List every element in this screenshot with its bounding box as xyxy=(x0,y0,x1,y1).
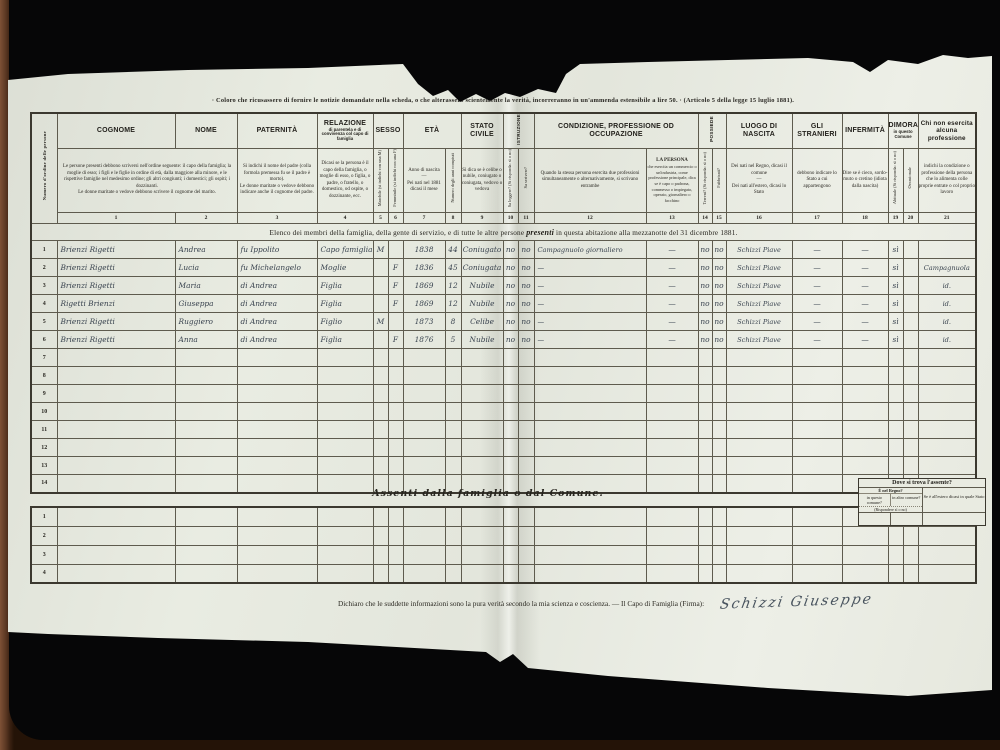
cell-dim_oc xyxy=(903,526,918,545)
cell-anno xyxy=(403,507,445,526)
cell-n: 9 xyxy=(31,385,57,403)
cell-stato: Nubile xyxy=(461,331,503,349)
cell-sesso_m xyxy=(373,349,388,367)
cell-anno xyxy=(403,385,445,403)
cell-n: 4 xyxy=(31,564,57,583)
possiede-terreni-head: Terreni? (Si risponda: sì o no) xyxy=(698,148,712,212)
cell-anno: 1876 xyxy=(403,331,445,349)
cell-sesso_m: M xyxy=(373,313,388,331)
cell-nome: Anna xyxy=(175,331,237,349)
cell-legge xyxy=(503,403,518,421)
cell-cognome xyxy=(57,349,175,367)
cell-n: 5 xyxy=(31,313,57,331)
cell-luogo xyxy=(726,367,792,385)
cell-infermita: — xyxy=(842,313,888,331)
cell-scrive xyxy=(518,564,534,583)
cell-fabbricati xyxy=(712,475,726,493)
cell-stranieri: — xyxy=(792,277,842,295)
cell-paternita: fu Ippolito xyxy=(237,241,317,259)
eta-anno-desc: Anno di nascita — Pei nati nel 1881 dica… xyxy=(403,148,445,212)
cell-n: 2 xyxy=(31,259,57,277)
cell-sesso_m xyxy=(373,507,388,526)
cell-chi xyxy=(918,367,976,385)
cell-stato xyxy=(461,367,503,385)
col-sesso-title: SESSO xyxy=(373,113,403,148)
cell-stranieri: — xyxy=(792,241,842,259)
possiede-fabbricati-head: Fabbricati? xyxy=(712,148,726,212)
cell-persona xyxy=(646,385,698,403)
cell-terreni xyxy=(698,564,712,583)
cell-cognome: Brienzi Rigetti xyxy=(57,277,175,295)
cell-paternita: di Andrea xyxy=(237,331,317,349)
table-row: 7 xyxy=(31,349,976,367)
cell-sesso_f xyxy=(388,385,403,403)
cell-legge xyxy=(503,564,518,583)
cell-infermita xyxy=(842,403,888,421)
cell-stranieri: — xyxy=(792,295,842,313)
infermita-desc: Dire se è cieco, sordo-muto o cretino (i… xyxy=(842,148,888,212)
cell-fabbricati xyxy=(712,564,726,583)
cell-professione xyxy=(534,526,646,545)
cell-nome xyxy=(175,507,237,526)
colnum-20: 20 xyxy=(903,213,918,224)
condizione-desc: Quando la stessa persona esercita due pr… xyxy=(534,148,646,212)
cell-nome: Andrea xyxy=(175,241,237,259)
cell-infermita: — xyxy=(842,295,888,313)
cell-chi xyxy=(918,439,976,457)
cell-nome xyxy=(175,439,237,457)
col-possiede-title: POSSIEDE xyxy=(698,113,726,148)
photo-background: { "page": { "warning": "· Coloro che ric… xyxy=(0,0,1000,750)
cell-anno: 1836 xyxy=(403,259,445,277)
cell-cognome xyxy=(57,545,175,564)
cell-anni xyxy=(445,403,461,421)
cell-stranieri: — xyxy=(792,331,842,349)
cell-anni xyxy=(445,385,461,403)
cell-dim_oc xyxy=(903,545,918,564)
cell-sesso_f xyxy=(388,564,403,583)
cell-relazione xyxy=(317,403,373,421)
cell-fabbricati xyxy=(712,545,726,564)
colnum-11: 11 xyxy=(518,213,534,224)
col-eta-title: ETÀ xyxy=(403,113,461,148)
cell-nome xyxy=(175,545,237,564)
cell-fabbricati xyxy=(712,403,726,421)
cell-paternita xyxy=(237,545,317,564)
cell-luogo: Schizzi Piave xyxy=(726,295,792,313)
cell-infermita: — xyxy=(842,277,888,295)
cell-professione xyxy=(534,564,646,583)
cell-anni: 12 xyxy=(445,277,461,295)
cell-stranieri xyxy=(792,349,842,367)
cell-dim_ab: sì xyxy=(888,331,903,349)
cell-fabbricati xyxy=(712,421,726,439)
cell-cognome xyxy=(57,385,175,403)
cell-dim_oc xyxy=(903,457,918,475)
cell-sesso_m: M xyxy=(373,241,388,259)
cell-legge xyxy=(503,349,518,367)
cell-stato xyxy=(461,439,503,457)
cell-nome: Lucia xyxy=(175,259,237,277)
table-row: 8 xyxy=(31,367,976,385)
cell-fabbricati: no xyxy=(712,241,726,259)
cell-anni xyxy=(445,421,461,439)
cell-anno xyxy=(403,439,445,457)
cell-anni: 8 xyxy=(445,313,461,331)
cell-persona xyxy=(646,457,698,475)
cell-scrive xyxy=(518,457,534,475)
cell-n: 11 xyxy=(31,421,57,439)
cell-legge xyxy=(503,385,518,403)
table-row: 5Brienzi RigettiRuggierodi AndreaFiglioM… xyxy=(31,313,976,331)
table-row: 6Brienzi RigettiAnnadi AndreaFigliaF1876… xyxy=(31,331,976,349)
declaration-text: Dichiaro che le suddette informazioni so… xyxy=(338,599,704,608)
cell-paternita xyxy=(237,367,317,385)
col-paternita-title: PATERNITÀ xyxy=(237,113,317,148)
cell-fabbricati: no xyxy=(712,259,726,277)
cell-dim_ab: sì xyxy=(888,259,903,277)
cell-stranieri xyxy=(792,475,842,493)
cell-sesso_f: F xyxy=(388,331,403,349)
cell-persona xyxy=(646,367,698,385)
cell-luogo: Schizzi Piave xyxy=(726,277,792,295)
table-row: 2Brienzi RigettiLuciafu MichelangeloMogl… xyxy=(31,259,976,277)
cell-professione: — xyxy=(534,295,646,313)
cell-anni xyxy=(445,507,461,526)
cell-relazione xyxy=(317,457,373,475)
cell-chi: id. xyxy=(918,277,976,295)
table-row: 2 xyxy=(31,526,976,545)
cell-terreni xyxy=(698,439,712,457)
cell-sesso_f xyxy=(388,403,403,421)
cell-luogo: Schizzi Piave xyxy=(726,241,792,259)
cell-n: 4 xyxy=(31,295,57,313)
cell-dim_ab xyxy=(888,367,903,385)
cell-terreni xyxy=(698,507,712,526)
questo-comune-question: in questo comune? xyxy=(859,494,891,506)
cell-luogo xyxy=(726,349,792,367)
cell-legge xyxy=(503,439,518,457)
absent-box-answer-cells xyxy=(859,512,985,525)
cell-terreni: no xyxy=(698,313,712,331)
cell-chi xyxy=(918,564,976,583)
cell-persona xyxy=(646,439,698,457)
cell-relazione xyxy=(317,564,373,583)
col-numero: Numero d'ordine delle persone xyxy=(31,113,57,224)
cell-fabbricati xyxy=(712,367,726,385)
colnum-6: 6 xyxy=(388,213,403,224)
cell-professione xyxy=(534,403,646,421)
cell-dim_ab: sì xyxy=(888,295,903,313)
table-row: 11 xyxy=(31,421,976,439)
cell-luogo xyxy=(726,564,792,583)
cell-scrive: no xyxy=(518,313,534,331)
cell-relazione xyxy=(317,349,373,367)
table-row: 13 xyxy=(31,457,976,475)
cell-terreni: no xyxy=(698,259,712,277)
cell-legge: no xyxy=(503,259,518,277)
cell-terreni xyxy=(698,475,712,493)
cell-sesso_f xyxy=(388,349,403,367)
cell-legge xyxy=(503,507,518,526)
cell-paternita: di Andrea xyxy=(237,313,317,331)
col-chi-title: Chi non esercita alcuna professione xyxy=(918,113,976,148)
cell-anno xyxy=(403,457,445,475)
cell-anni xyxy=(445,526,461,545)
cell-persona: — xyxy=(646,277,698,295)
cell-stato xyxy=(461,545,503,564)
cell-anno: 1869 xyxy=(403,277,445,295)
col-nome-title: NOME xyxy=(175,113,237,148)
cell-fabbricati: no xyxy=(712,331,726,349)
cell-chi xyxy=(918,349,976,367)
colnum-16: 16 xyxy=(726,213,792,224)
dimora-occasionale-head: Occasionale xyxy=(903,148,918,212)
colnum-18: 18 xyxy=(842,213,888,224)
cell-chi: id. xyxy=(918,331,976,349)
cell-stato xyxy=(461,564,503,583)
cell-persona xyxy=(646,421,698,439)
cell-relazione: Figlia xyxy=(317,331,373,349)
cell-sesso_m xyxy=(373,564,388,583)
cell-relazione xyxy=(317,421,373,439)
cell-anni xyxy=(445,439,461,457)
cell-dim_ab xyxy=(888,385,903,403)
cell-luogo xyxy=(726,403,792,421)
cell-cognome xyxy=(57,475,175,493)
cell-scrive xyxy=(518,349,534,367)
cell-fabbricati xyxy=(712,349,726,367)
declaration-line: Dichiaro che le suddette informazioni so… xyxy=(338,594,978,610)
cell-stranieri xyxy=(792,385,842,403)
paternita-desc: Si indichi il nome del padre (colla form… xyxy=(237,148,317,212)
cell-scrive: no xyxy=(518,331,534,349)
cell-cognome xyxy=(57,367,175,385)
colnum-10: 10 xyxy=(503,213,518,224)
col-istruzione-title: ISTRUZIONE xyxy=(503,113,534,148)
cell-sesso_m xyxy=(373,277,388,295)
cell-stranieri xyxy=(792,457,842,475)
cell-anno xyxy=(403,349,445,367)
cell-anno xyxy=(403,367,445,385)
colnum-4: 4 xyxy=(317,213,373,224)
absent-persons-table: 1234 xyxy=(30,506,977,584)
table-row: 3 xyxy=(31,545,976,564)
cell-n: 13 xyxy=(31,457,57,475)
cell-luogo: Schizzi Piave xyxy=(726,259,792,277)
stranieri-desc: debbono indicare lo Stato a cui apparten… xyxy=(792,148,842,212)
cell-dim_ab xyxy=(888,403,903,421)
cell-cognome xyxy=(57,507,175,526)
cell-nome xyxy=(175,421,237,439)
cell-terreni: no xyxy=(698,241,712,259)
sesso-m-head: Maschile (si indichi con una M) xyxy=(373,148,388,212)
cell-luogo xyxy=(726,457,792,475)
colnum-17: 17 xyxy=(792,213,842,224)
cell-professione xyxy=(534,507,646,526)
cell-anno: 1873 xyxy=(403,313,445,331)
cell-paternita xyxy=(237,457,317,475)
chi-desc: indichi la condizione o professione dell… xyxy=(918,148,976,212)
cell-terreni xyxy=(698,403,712,421)
cell-chi: Campagnuola xyxy=(918,259,976,277)
cell-sesso_m xyxy=(373,331,388,349)
cell-relazione xyxy=(317,507,373,526)
cell-relazione xyxy=(317,439,373,457)
cell-professione xyxy=(534,367,646,385)
cell-stato: Coniugato xyxy=(461,241,503,259)
cell-stranieri xyxy=(792,439,842,457)
cell-scrive xyxy=(518,507,534,526)
cell-relazione: Figlia xyxy=(317,295,373,313)
cell-stranieri xyxy=(792,367,842,385)
legal-warning: · Coloro che ricusassero di fornire le n… xyxy=(38,97,968,104)
cell-persona: — xyxy=(646,331,698,349)
cell-persona: — xyxy=(646,259,698,277)
col-luogo-title: LUOGO DI NASCITA xyxy=(726,113,792,148)
cell-dim_ab: sì xyxy=(888,277,903,295)
cell-stranieri xyxy=(792,545,842,564)
cell-professione: — xyxy=(534,331,646,349)
cell-dim_ab xyxy=(888,421,903,439)
cell-infermita xyxy=(842,367,888,385)
cell-fabbricati xyxy=(712,507,726,526)
cell-paternita xyxy=(237,403,317,421)
cell-relazione xyxy=(317,385,373,403)
cell-legge: no xyxy=(503,313,518,331)
cell-chi xyxy=(918,241,976,259)
cell-dim_oc xyxy=(903,313,918,331)
cell-professione xyxy=(534,385,646,403)
table-row: 3Brienzi RigettiMariadi AndreaFigliaF186… xyxy=(31,277,976,295)
present-persons-rows: 1Brienzi RigettiAndreafu IppolitoCapo fa… xyxy=(31,241,976,493)
cell-nome xyxy=(175,475,237,493)
cell-cognome: Brienzi Rigetti xyxy=(57,241,175,259)
cell-luogo xyxy=(726,507,792,526)
cell-sesso_f: F xyxy=(388,259,403,277)
cell-sesso_f xyxy=(388,545,403,564)
cell-legge: no xyxy=(503,277,518,295)
cell-dim_ab xyxy=(888,349,903,367)
cell-legge xyxy=(503,421,518,439)
absent-location-box: Dove si trova l'assente? È nel Regno? in… xyxy=(858,478,986,526)
cell-infermita: — xyxy=(842,259,888,277)
cell-infermita xyxy=(842,439,888,457)
cell-terreni: no xyxy=(698,295,712,313)
cell-persona xyxy=(646,526,698,545)
col-stranieri-title: GLI STRANIERI xyxy=(792,113,842,148)
cell-scrive: no xyxy=(518,295,534,313)
absent-persons-rows: 1234 xyxy=(31,507,976,583)
cell-n: 2 xyxy=(31,526,57,545)
cell-relazione xyxy=(317,526,373,545)
cell-terreni xyxy=(698,349,712,367)
census-table: Numero d'ordine delle persone COGNOME NO… xyxy=(30,112,977,494)
cell-chi xyxy=(918,385,976,403)
persona-desc: LA PERSONAche esercita un commercio o un… xyxy=(646,148,698,212)
cell-sesso_m xyxy=(373,295,388,313)
cell-scrive xyxy=(518,367,534,385)
column-numbers-row: 1 2 3 4 5 6 7 8 9 10 11 12 13 14 15 16 1… xyxy=(31,213,976,224)
cell-dim_ab xyxy=(888,545,903,564)
cell-anno xyxy=(403,403,445,421)
eta-anni-head: Numero degli anni compiuti xyxy=(445,148,461,212)
cell-nome: Ruggiero xyxy=(175,313,237,331)
cell-professione: — xyxy=(534,313,646,331)
cell-dim_ab xyxy=(888,564,903,583)
cell-stranieri xyxy=(792,507,842,526)
cell-dim_ab xyxy=(888,457,903,475)
cell-stato xyxy=(461,526,503,545)
cell-sesso_f xyxy=(388,507,403,526)
cell-scrive: no xyxy=(518,241,534,259)
cell-chi xyxy=(918,421,976,439)
cell-paternita: fu Michelangelo xyxy=(237,259,317,277)
cell-anni: 44 xyxy=(445,241,461,259)
table-row: 1 xyxy=(31,507,976,526)
cell-sesso_m xyxy=(373,439,388,457)
cell-dim_oc xyxy=(903,439,918,457)
cell-scrive: no xyxy=(518,277,534,295)
cell-luogo xyxy=(726,421,792,439)
cell-sesso_f xyxy=(388,439,403,457)
cell-persona xyxy=(646,564,698,583)
cell-scrive: no xyxy=(518,259,534,277)
cell-dim_ab xyxy=(888,439,903,457)
cell-n: 1 xyxy=(31,507,57,526)
relazione-desc: Dicasi se la persona è il capo della fam… xyxy=(317,148,373,212)
cell-anno xyxy=(403,526,445,545)
cell-persona xyxy=(646,349,698,367)
cell-cognome xyxy=(57,457,175,475)
cell-dim_ab: sì xyxy=(888,241,903,259)
cell-dim_oc xyxy=(903,277,918,295)
cell-n: 14 xyxy=(31,475,57,493)
cell-nome: Maria xyxy=(175,277,237,295)
cell-chi: id. xyxy=(918,295,976,313)
col-condizione-title: CONDIZIONE, PROFESSIONE OD OCCUPAZIONE xyxy=(534,113,698,148)
col-stato-title: STATO CIVILE xyxy=(461,113,503,148)
cell-scrive xyxy=(518,421,534,439)
cell-dim_oc xyxy=(903,259,918,277)
cell-stranieri: — xyxy=(792,259,842,277)
cell-paternita xyxy=(237,385,317,403)
cell-stato: Celibe xyxy=(461,313,503,331)
table-row: 12 xyxy=(31,439,976,457)
cell-relazione xyxy=(317,545,373,564)
cell-luogo xyxy=(726,475,792,493)
cell-nome xyxy=(175,385,237,403)
cell-paternita xyxy=(237,564,317,583)
colnum-15: 15 xyxy=(712,213,726,224)
cell-stranieri xyxy=(792,526,842,545)
cell-sesso_m xyxy=(373,421,388,439)
cell-anni xyxy=(445,457,461,475)
cell-luogo xyxy=(726,439,792,457)
cell-nome xyxy=(175,367,237,385)
cell-sesso_f xyxy=(388,367,403,385)
cell-chi xyxy=(918,457,976,475)
cell-stato xyxy=(461,349,503,367)
cell-terreni: no xyxy=(698,277,712,295)
istruzione-legge-head: Sa leggere? (Si risponda: sì o no) xyxy=(503,148,518,212)
cell-professione xyxy=(534,457,646,475)
cell-dim_oc xyxy=(903,564,918,583)
table-row: 1Brienzi RigettiAndreafu IppolitoCapo fa… xyxy=(31,241,976,259)
colnum-19: 19 xyxy=(888,213,903,224)
cell-legge xyxy=(503,526,518,545)
cell-luogo xyxy=(726,545,792,564)
